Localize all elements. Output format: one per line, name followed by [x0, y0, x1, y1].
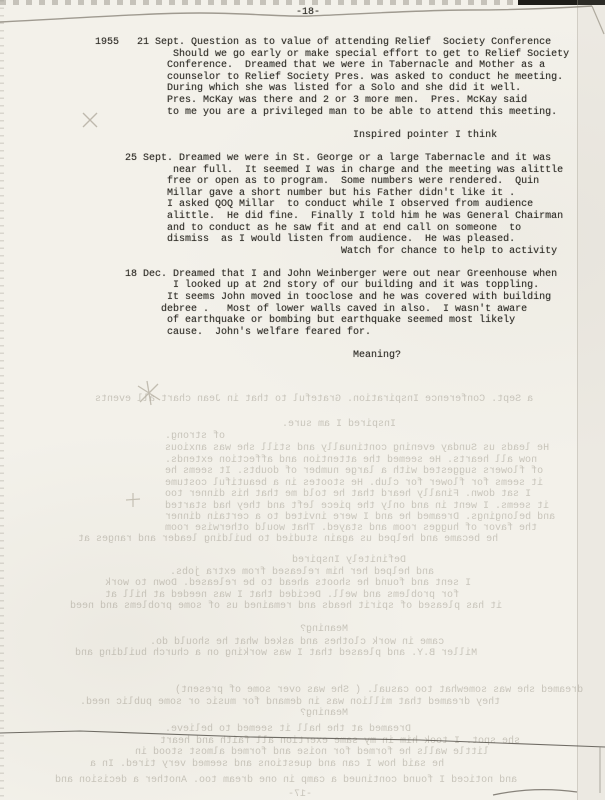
bleedthrough-line: Meaning?	[300, 708, 348, 719]
bleedthrough-line: and belongings. Dreamed he and I were in…	[165, 512, 555, 523]
bleedthrough-line: He leads us Sunday evening continually a…	[165, 443, 549, 454]
bleedthrough-line: -17-	[288, 789, 312, 800]
bleedthrough-line: he said how I can and questions and seem…	[90, 759, 444, 770]
bleedthrough-line: Definitely Inspired	[292, 555, 406, 566]
bleedthrough-line: she spot. I took him in my same exertion…	[160, 736, 520, 747]
bleedthrough-line: Meaning?	[300, 624, 348, 635]
bleedthrough-line: it has pleased of spirit heads and remai…	[70, 601, 502, 612]
bleedthrough-line: it seems for flower for club. He stootes…	[165, 478, 543, 489]
page-number: -18-	[296, 7, 320, 18]
bleedthrough-line: Miller B.Y. and pleased that I was worki…	[75, 648, 477, 659]
bleedthrough-line: they dreamed that million was in demand …	[80, 697, 500, 708]
bleedthrough-line: I sent and found he shoots ahead to be r…	[105, 578, 471, 589]
bleedthrough-line: he became and helped us again studied to…	[78, 534, 498, 545]
bleedthrough-line: and noticed I found continued a camp in …	[55, 775, 517, 786]
bleedthrough-line: of flowers suggested with a large number…	[165, 466, 543, 477]
bleedthrough-line: it seems. I went in and only the piece l…	[165, 501, 549, 512]
bleedthrough-line: now all hearts. He seemed the attention …	[165, 455, 537, 466]
bleedthrough-line: the favor of hugges room and stayed. Tha…	[165, 523, 537, 534]
scanned-page: a Sept. Conference Inspiration. Grateful…	[0, 0, 605, 800]
bleedthrough-line: of strong.	[165, 431, 225, 442]
bleedthrough-line: came in work clothes and asked what he s…	[150, 637, 444, 648]
bleedthrough-line: little walls he formed for noise and for…	[135, 747, 489, 758]
typed-diary-text: 1955 21 Sept. Question as to value of at…	[95, 37, 569, 362]
bleedthrough-line: for problems and well. Decided that I wa…	[105, 590, 459, 601]
bleedthrough-line: dreamed she was somewhat too casual. ( S…	[175, 685, 583, 696]
bleedthrough-line: I sat down. Finally heard that he told m…	[165, 489, 531, 500]
bleedthrough-line: a Sept. Conference Inspiration. Grateful…	[95, 394, 533, 405]
bleedthrough-line: Dreamed at the hall it seemed to believe…	[165, 724, 411, 735]
bleedthrough-line: Inspired I am sure.	[282, 419, 396, 430]
bleedthrough-line: and helped her him released from extra j…	[170, 567, 434, 578]
